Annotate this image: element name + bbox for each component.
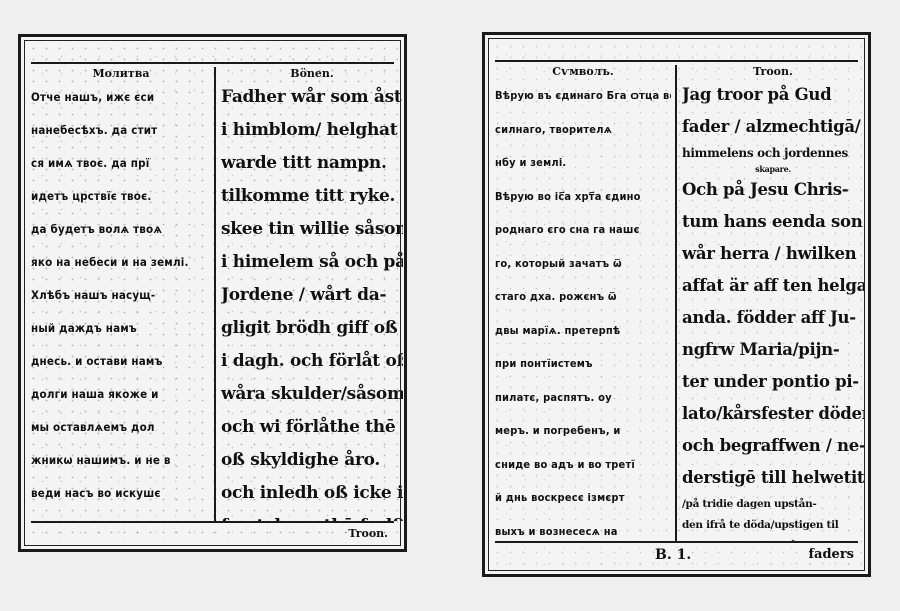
text-line: выхъ и вознесесѧ на [495, 515, 671, 542]
column-rule [675, 65, 677, 541]
text-line: Fadher wår som åst [221, 81, 403, 114]
text-line: tum hans eenda son [682, 206, 864, 238]
text-line: ный даждъ намъ [31, 312, 211, 345]
swedish-column: Bönen. Fadher wår som åst i himblom/ hel… [221, 67, 403, 521]
text-line: tilkomme titt ryke. [221, 180, 403, 213]
text-line: долги наша якоже и [31, 378, 211, 411]
text-line: lato/kårsfester döder [682, 398, 864, 430]
text-line: affat är aff ten helga [682, 270, 864, 302]
column-heading: Молитва [31, 67, 211, 81]
signature-mark: B. 1. [655, 547, 691, 563]
text-line: Отче нашъ, ижє єси [31, 81, 211, 114]
column-heading: Troon. [682, 65, 864, 79]
top-rule [31, 62, 394, 64]
text-line: i himblom/ helghat [221, 114, 403, 147]
right-page: Сѵмволъ. Вѣрую въ єдинаго Бга ѻтца все с… [482, 32, 871, 577]
text-lines: Jag troor på Gudfader / alzmechtigā/himm… [682, 79, 864, 541]
text-line: нбу и землі. [495, 146, 671, 180]
text-line: веди насъ во искушє [31, 477, 211, 510]
text-lines: Fadher wår som åst i himblom/ helghat wa… [221, 81, 403, 521]
text-line: го, который зачатъ ѿ [495, 247, 671, 281]
text-line: i himelem så och på [221, 246, 403, 279]
bottom-rule [31, 521, 394, 523]
text-line: och wi förlåthe thē [221, 411, 403, 444]
text-line: двы марїѧ. претерпѣ [495, 314, 671, 348]
bottom-rule [495, 541, 858, 543]
text-line: Вѣрую во іс҃а хрт҃а єдино [495, 180, 671, 214]
text-line: Вѣрую въ єдинаго Бга ѻтца все [495, 79, 671, 113]
text-line: wår herra / hwilken [682, 238, 864, 270]
text-line: идетъ црствїє твоє. [31, 180, 211, 213]
text-line: gligit brödh giff oß [221, 312, 403, 345]
text-line: Хлѣбъ нашъ насущ- [31, 279, 211, 312]
text-line: днесь. и остави намъ [31, 345, 211, 378]
text-line: да будетъ волѧ твоѧ [31, 213, 211, 246]
text-line: skapare. [682, 164, 864, 174]
text-line: fader / alzmechtigā/ [682, 111, 864, 143]
text-line: wåra skulder/såsom [221, 378, 403, 411]
church-slavonic-column: Сѵмволъ. Вѣрую въ єдинаго Бга ѻтца все с… [495, 65, 671, 541]
text-line: ніє. но избави насъ [31, 510, 211, 521]
text-line: /på tridie dagen upstån- [682, 494, 864, 515]
column-rule [214, 67, 216, 521]
text-line: жникѡ нашимъ. и не в [31, 444, 211, 477]
text-line: derstigē till helwetit [682, 462, 864, 494]
text-line: роднаго єго сна га нашє [495, 213, 671, 247]
text-line: силнаго, творителѧ [495, 113, 671, 147]
text-line: нанебесѣхъ. да стит [31, 114, 211, 147]
text-line: ся имѧ твоє. да прї [31, 147, 211, 180]
text-line: меръ. и погребенъ, и [495, 414, 671, 448]
top-rule [495, 60, 858, 62]
text-line: Jordene / wårt da- [221, 279, 403, 312]
text-line: anda. födder aff Ju- [682, 302, 864, 334]
text-line: Jag troor på Gud [682, 79, 864, 111]
catchword: Troon. [348, 527, 388, 540]
text-line: й днь воскресє ізмєрт [495, 481, 671, 515]
church-slavonic-column: Молитва Отче нашъ, ижє єси нанебесѣхъ. д… [31, 67, 211, 521]
text-line: den ifrå te döda/upstigen til [682, 515, 864, 536]
text-line: пилатє, распятъ. оу [495, 381, 671, 415]
text-line: och inledh oß icke i [221, 477, 403, 510]
left-page: Молитва Отче нашъ, ижє єси нанебесѣхъ. д… [18, 34, 407, 552]
text-line: сниде во адъ и во третї [495, 448, 671, 482]
column-heading: Сѵмволъ. [495, 65, 671, 79]
text-line: мы оставлѧемъ дол [31, 411, 211, 444]
text-line: ter under pontio pi- [682, 366, 864, 398]
text-line: яко на небеси и на землі. [31, 246, 211, 279]
text-lines: Отче нашъ, ижє єси нанебесѣхъ. да стит с… [31, 81, 211, 521]
text-line: стаго дха. рожєнъ ѿ [495, 280, 671, 314]
catchword: faders [808, 547, 854, 562]
text-line: himmelens och jordennes [682, 143, 864, 164]
text-line: oß skyldighe åro. [221, 444, 403, 477]
text-line: i dagh. och förlåt oß [221, 345, 403, 378]
text-line: skee tin willie såsom [221, 213, 403, 246]
text-line: warde titt nampn. [221, 147, 403, 180]
text-lines: Вѣрую въ єдинаго Бга ѻтца все силнаго, т… [495, 79, 671, 541]
text-line: frestelse. uthā frelß [221, 510, 403, 521]
text-line: Och på Jesu Chris- [682, 174, 864, 206]
text-line: при понтїистемъ [495, 347, 671, 381]
text-line: och begraffwen / ne- [682, 430, 864, 462]
column-heading: Bönen. [221, 67, 403, 81]
text-line: ngfrw Maria/pijn- [682, 334, 864, 366]
swedish-column: Troon. Jag troor på Gudfader / alzmechti… [682, 65, 864, 541]
